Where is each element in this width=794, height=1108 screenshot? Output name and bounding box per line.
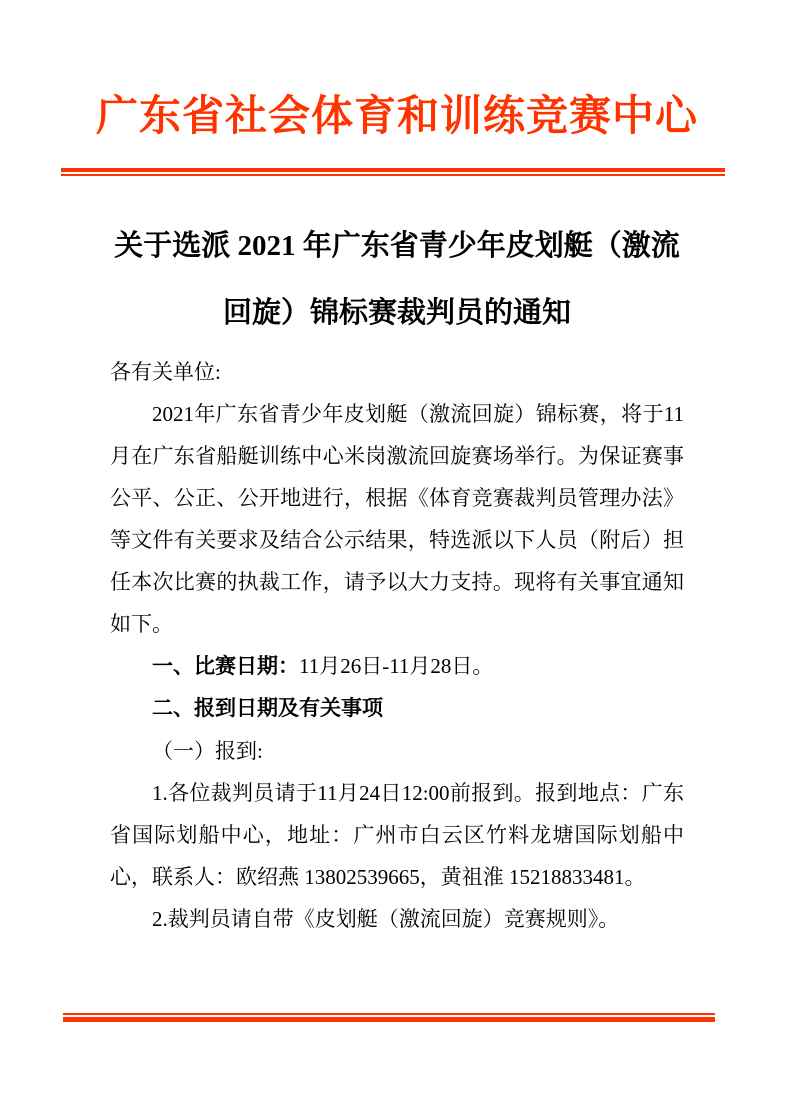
section-2-subheading-checkin: （一）报到: (110, 730, 684, 772)
checkin-item-1: 1.各位裁判员请于11月24日12:00前报到。报到地点：广东省国际划船中心，地… (110, 772, 684, 898)
letterhead-divider-rule (61, 168, 725, 176)
section-1-text: 11月26日-11月28日。 (299, 654, 493, 678)
footer-divider-thick-bar (63, 1017, 715, 1022)
section-1-heading: 一、比赛日期： (152, 655, 299, 678)
salutation: 各有关单位: (110, 351, 684, 393)
document-title-line-2: 回旋）锦标赛裁判员的通知 (223, 297, 571, 329)
letterhead-org-name: 广东省社会体育和训练竞赛中心 (40, 84, 754, 148)
document-title-line-1: 关于选派 2021 年广东省青少年皮划艇（激流 (114, 230, 680, 262)
document-title: 关于选派 2021 年广东省青少年皮划艇（激流 回旋）锦标赛裁判员的通知 (55, 213, 739, 347)
footer-divider-rule (63, 1013, 715, 1022)
checkin-item-2: 2.裁判员请自带《皮划艇（激流回旋）竞赛规则》。 (110, 898, 684, 940)
notice-document-page: 广东省社会体育和训练竞赛中心 关于选派 2021 年广东省青少年皮划艇（激流 回… (0, 0, 794, 1108)
section-2-heading: 二、报到日期及有关事项 (110, 688, 684, 730)
letterhead-divider-thin-bar (61, 174, 725, 176)
section-1-competition-date: 一、比赛日期：11月26日-11月28日。 (110, 645, 684, 688)
intro-paragraph: 2021年广东省青少年皮划艇（激流回旋）锦标赛，将于11月在广东省船艇训练中心米… (110, 393, 684, 645)
document-body: 各有关单位: 2021年广东省青少年皮划艇（激流回旋）锦标赛，将于11月在广东省… (110, 351, 684, 940)
